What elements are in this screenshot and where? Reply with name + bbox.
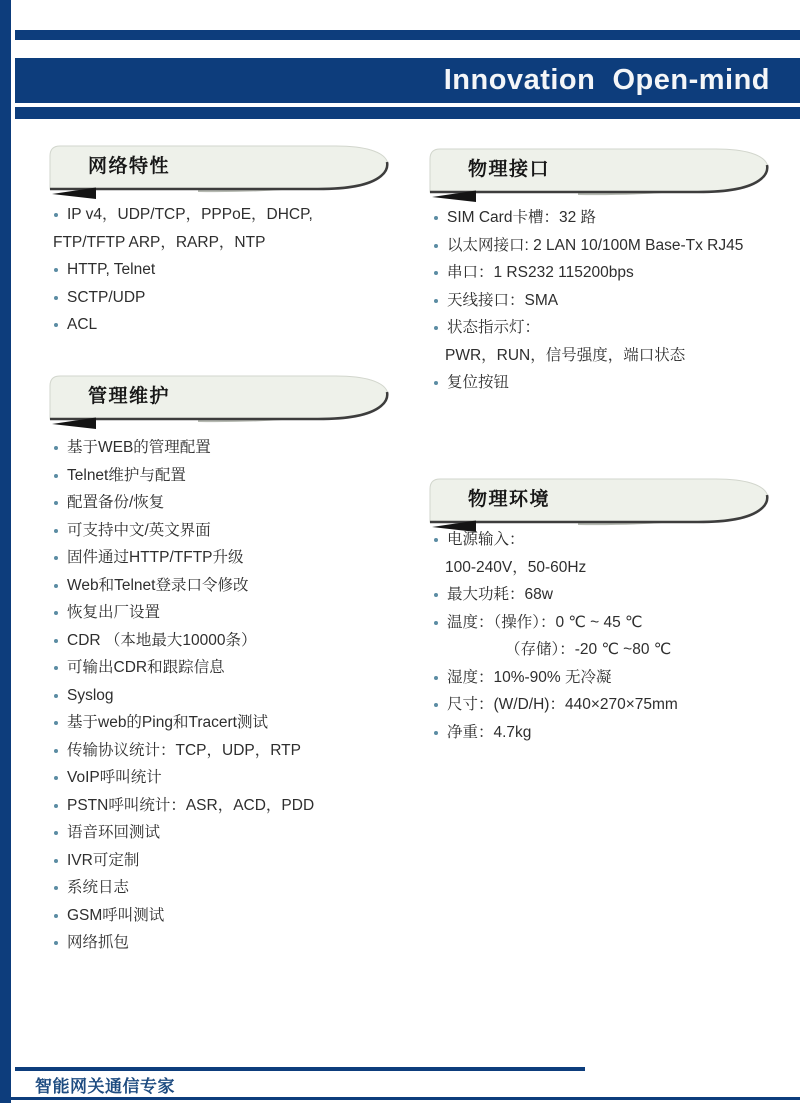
list-item-text: PSTN呼叫统计：ASR，ACD，PDD <box>67 797 314 814</box>
list-item-text: 湿度：10%-90% 无冷凝 <box>447 669 612 686</box>
list-item-text: Web和Telnet登录口令修改 <box>67 577 248 594</box>
list-item: 100-240V，50-60Hz <box>428 554 770 582</box>
list-item: 恢复出厂设置 <box>48 599 390 627</box>
list-item: 电源输入： <box>428 526 770 554</box>
footer-slogan: 智能网关通信专家 <box>35 1072 175 1097</box>
bullet-icon <box>434 299 438 303</box>
list-item: PWR，RUN，信号强度，端口状态 <box>428 342 770 370</box>
section-network-features: 网络特性 IP v4，UDP/TCP，PPPoE，DHCP, FTP/TFTP … <box>48 145 390 339</box>
list-item: 天线接口：SMA <box>428 287 770 315</box>
list-item: SIM Card卡槽：32 路 <box>428 204 770 232</box>
list-item: Web和Telnet登录口令修改 <box>48 572 390 600</box>
list-item: 以太网接口: 2 LAN 10/100M Base-Tx RJ45 <box>428 232 770 260</box>
list-item-text: 天线接口：SMA <box>447 292 558 309</box>
bullet-icon <box>54 268 58 272</box>
section-physical-interfaces: 物理接口 SIM Card卡槽：32 路 以太网接口: 2 LAN 10/100… <box>428 148 770 397</box>
list-item-text: 可输出CDR和跟踪信息 <box>67 659 225 676</box>
list-item: 湿度：10%-90% 无冷凝 <box>428 664 770 692</box>
list-item: IVR可定制 <box>48 847 390 875</box>
list-item: 温度：（操作）：0 ℃ ~ 45 ℃ <box>428 609 770 637</box>
bullet-icon <box>54 804 58 808</box>
bullet-icon <box>54 721 58 725</box>
list-item: VoIP呼叫统计 <box>48 764 390 792</box>
header-bottom-stripe <box>15 107 800 119</box>
bullet-icon <box>54 611 58 615</box>
section-banner: 管理维护 <box>48 375 390 431</box>
list-item: 尺寸：(W/D/H)：440×270×75mm <box>428 691 770 719</box>
list-item: IP v4，UDP/TCP，PPPoE，DHCP, <box>48 201 390 229</box>
list-item: 可支持中文/英文界面 <box>48 517 390 545</box>
list-item-text: CDR （本地最大10000条） <box>67 632 257 649</box>
section-title: 物理接口 <box>468 148 550 192</box>
list-item-text: SCTP/UDP <box>67 289 145 306</box>
bullet-icon <box>54 859 58 863</box>
section-banner: 物理接口 <box>428 148 770 204</box>
bottom-edge-line <box>10 1097 800 1100</box>
bullet-icon <box>434 271 438 275</box>
list-item-text: 恢复出厂设置 <box>67 604 160 621</box>
list-item-text: Syslog <box>67 687 114 704</box>
bullet-icon <box>54 749 58 753</box>
list-item: 净重：4.7kg <box>428 719 770 747</box>
list-item: 基于web的Ping和Tracert测试 <box>48 709 390 737</box>
bullet-icon <box>434 703 438 707</box>
datasheet-page: Innovation Open-mind 网络特性 IP v4，UDP/TCP，… <box>0 0 800 1103</box>
list-item: SCTP/UDP <box>48 284 390 312</box>
feature-list: SIM Card卡槽：32 路 以太网接口: 2 LAN 10/100M Bas… <box>428 204 770 397</box>
list-item-text: Telnet维护与配置 <box>67 467 186 484</box>
list-item-text: 以太网接口: 2 LAN 10/100M Base-Tx RJ45 <box>447 237 743 254</box>
bullet-icon <box>434 593 438 597</box>
list-item-text: 温度：（操作）：0 ℃ ~ 45 ℃ <box>447 614 642 631</box>
section-title: 网络特性 <box>88 145 170 189</box>
list-item: 基于WEB的管理配置 <box>48 434 390 462</box>
bullet-icon <box>434 381 438 385</box>
left-accent-bar <box>0 0 11 1103</box>
bullet-icon <box>434 731 438 735</box>
list-item-text: 基于WEB的管理配置 <box>67 439 211 456</box>
list-item-text: SIM Card卡槽：32 路 <box>447 209 596 226</box>
header-title: Innovation Open-mind <box>444 64 770 97</box>
section-management: 管理维护 基于WEB的管理配置 Telnet维护与配置 配置备份/恢复 可支持中… <box>48 375 390 957</box>
bullet-icon <box>434 326 438 330</box>
section-banner: 网络特性 <box>48 145 390 201</box>
bullet-icon <box>54 323 58 327</box>
list-item: 传输协议统计：TCP，UDP，RTP <box>48 737 390 765</box>
bullet-icon <box>54 501 58 505</box>
list-item-text: 网络抓包 <box>67 934 129 951</box>
list-item: 系统日志 <box>48 874 390 902</box>
list-item: 复位按钮 <box>428 369 770 397</box>
list-item-text: 净重：4.7kg <box>447 724 531 741</box>
bullet-icon <box>54 831 58 835</box>
list-item-text: 最大功耗：68w <box>447 586 553 603</box>
bullet-icon <box>54 639 58 643</box>
bullet-icon <box>434 676 438 680</box>
bullet-icon <box>434 216 438 220</box>
list-item: GSM呼叫测试 <box>48 902 390 930</box>
list-item-text: 状态指示灯： <box>447 319 540 336</box>
list-item-text: 传输协议统计：TCP，UDP，RTP <box>67 742 301 759</box>
bullet-icon <box>54 584 58 588</box>
bullet-icon <box>54 886 58 890</box>
feature-list: 基于WEB的管理配置 Telnet维护与配置 配置备份/恢复 可支持中文/英文界… <box>48 434 390 957</box>
bullet-icon <box>54 446 58 450</box>
feature-list: 电源输入： 100-240V，50-60Hz 最大功耗：68w 温度：（操作）：… <box>428 526 770 746</box>
bullet-icon <box>54 776 58 780</box>
bullet-icon <box>54 666 58 670</box>
feature-list: IP v4，UDP/TCP，PPPoE，DHCP, FTP/TFTP ARP，R… <box>48 201 390 339</box>
list-item-text: 100-240V，50-60Hz <box>445 559 586 576</box>
list-item-text: 复位按钮 <box>447 374 509 391</box>
list-item-text: 系统日志 <box>67 879 129 896</box>
list-item: PSTN呼叫统计：ASR，ACD，PDD <box>48 792 390 820</box>
list-item-text: ACL <box>67 316 97 333</box>
list-item-text: 固件通过HTTP/TFTP升级 <box>67 549 244 566</box>
header-band: Innovation Open-mind <box>15 58 800 103</box>
bullet-icon <box>54 914 58 918</box>
bullet-icon <box>54 474 58 478</box>
list-item: 串口：1 RS232 115200bps <box>428 259 770 287</box>
list-item-text: IP v4，UDP/TCP，PPPoE，DHCP, <box>67 206 313 223</box>
bullet-icon <box>54 213 58 217</box>
footer-divider <box>15 1067 585 1071</box>
section-title: 管理维护 <box>88 375 170 419</box>
list-item: 状态指示灯： <box>428 314 770 342</box>
bullet-icon <box>54 694 58 698</box>
bullet-icon <box>54 529 58 533</box>
list-item-text: 可支持中文/英文界面 <box>67 522 211 539</box>
list-item-text: IVR可定制 <box>67 852 139 869</box>
list-item: FTP/TFTP ARP，RARP，NTP <box>48 229 390 257</box>
bullet-icon <box>434 621 438 625</box>
bullet-icon <box>54 296 58 300</box>
header-top-stripe <box>15 30 800 40</box>
list-item: CDR （本地最大10000条） <box>48 627 390 655</box>
list-item-text: VoIP呼叫统计 <box>67 769 162 786</box>
bullet-icon <box>54 556 58 560</box>
list-item: 可输出CDR和跟踪信息 <box>48 654 390 682</box>
bullet-icon <box>434 538 438 542</box>
list-item-text: GSM呼叫测试 <box>67 907 164 924</box>
list-item: 语音环回测试 <box>48 819 390 847</box>
list-item: ACL <box>48 311 390 339</box>
bullet-icon <box>434 244 438 248</box>
list-item-text: FTP/TFTP ARP，RARP，NTP <box>53 234 265 251</box>
list-item: Syslog <box>48 682 390 710</box>
list-item-text: （存储）：-20 ℃ ~80 ℃ <box>505 641 671 658</box>
list-item: 最大功耗：68w <box>428 581 770 609</box>
list-item-text: 语音环回测试 <box>67 824 160 841</box>
list-item-text: 电源输入： <box>447 531 525 548</box>
section-physical-environment: 物理环境 电源输入： 100-240V，50-60Hz 最大功耗：68w 温度：… <box>428 478 770 746</box>
list-item-text: 基于web的Ping和Tracert测试 <box>67 714 268 731</box>
list-item: Telnet维护与配置 <box>48 462 390 490</box>
list-item: 网络抓包 <box>48 929 390 957</box>
list-item: 配置备份/恢复 <box>48 489 390 517</box>
section-title: 物理环境 <box>468 478 550 522</box>
list-item: HTTP, Telnet <box>48 256 390 284</box>
list-item: （存储）：-20 ℃ ~80 ℃ <box>428 636 770 664</box>
list-item-text: 尺寸：(W/D/H)：440×270×75mm <box>447 696 678 713</box>
list-item-text: 配置备份/恢复 <box>67 494 164 511</box>
list-item-text: 串口：1 RS232 115200bps <box>447 264 634 281</box>
bullet-icon <box>54 941 58 945</box>
list-item-text: HTTP, Telnet <box>67 261 155 278</box>
list-item-text: PWR，RUN，信号强度，端口状态 <box>445 347 685 364</box>
list-item: 固件通过HTTP/TFTP升级 <box>48 544 390 572</box>
